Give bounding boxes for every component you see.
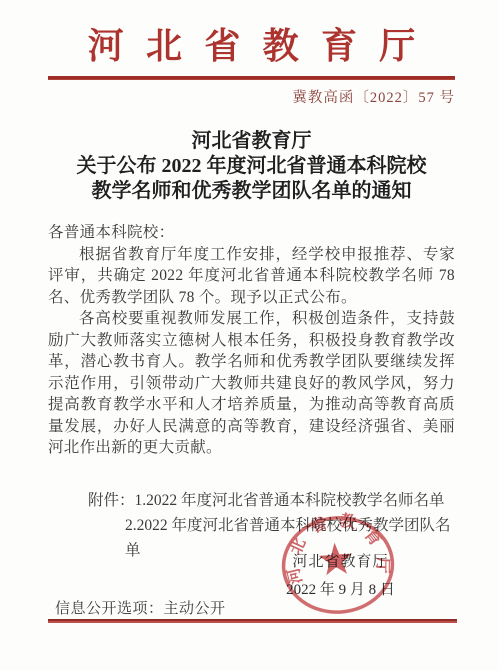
document-number: 冀教高函〔2022〕57 号 — [48, 89, 455, 107]
svg-text:河北省教育厅: 河北省教育厅 — [281, 509, 393, 586]
letterhead-divider-rule — [48, 76, 455, 80]
document-title: 河北省教育厅 关于公布 2022 年度河北省普通本科院校 教学名师和优秀教学团队… — [48, 129, 455, 204]
letterhead-agency-title: 河北省教育厅 — [48, 24, 455, 68]
paragraph-1: 根据省教育厅年度工作安排，经学校申报推荐、专家评审，共确定 2022 年度河北省… — [48, 244, 455, 309]
document-title-line-2: 关于公布 2022 年度河北省普通本科院校 — [48, 154, 455, 179]
document-title-line-1: 河北省教育厅 — [48, 129, 455, 154]
footer-divider-rule — [48, 619, 457, 623]
attachments-label: 附件： — [88, 492, 135, 509]
document-title-line-3: 教学名师和优秀教学团队名单的通知 — [48, 179, 455, 204]
seal-arc-text: 河北省教育厅 — [281, 509, 393, 586]
official-seal: 河北省教育厅 — [276, 509, 401, 621]
salutation: 各普通本科院校： — [48, 222, 455, 244]
attachment-item-1-text: 1.2022 年度河北省普通本科院校教学名师名单 — [135, 492, 445, 509]
disclosure-option-label: 信息公开选项：主动公开 — [55, 600, 226, 618]
document-body: 各普通本科院校： 根据省教育厅年度工作安排，经学校申报推荐、专家评审，共确定 2… — [48, 222, 455, 459]
attachment-item-1: 附件：1.2022 年度河北省普通本科院校教学名师名单 — [88, 488, 455, 513]
star-icon — [318, 541, 354, 575]
paragraph-2: 各高校要重视教师发展工作，积极创造条件，支持鼓励广大教师落实立德树人根本任务，积… — [48, 308, 455, 459]
official-document-page: 河北省教育厅 冀教高函〔2022〕57 号 河北省教育厅 关于公布 2022 年… — [0, 0, 499, 670]
